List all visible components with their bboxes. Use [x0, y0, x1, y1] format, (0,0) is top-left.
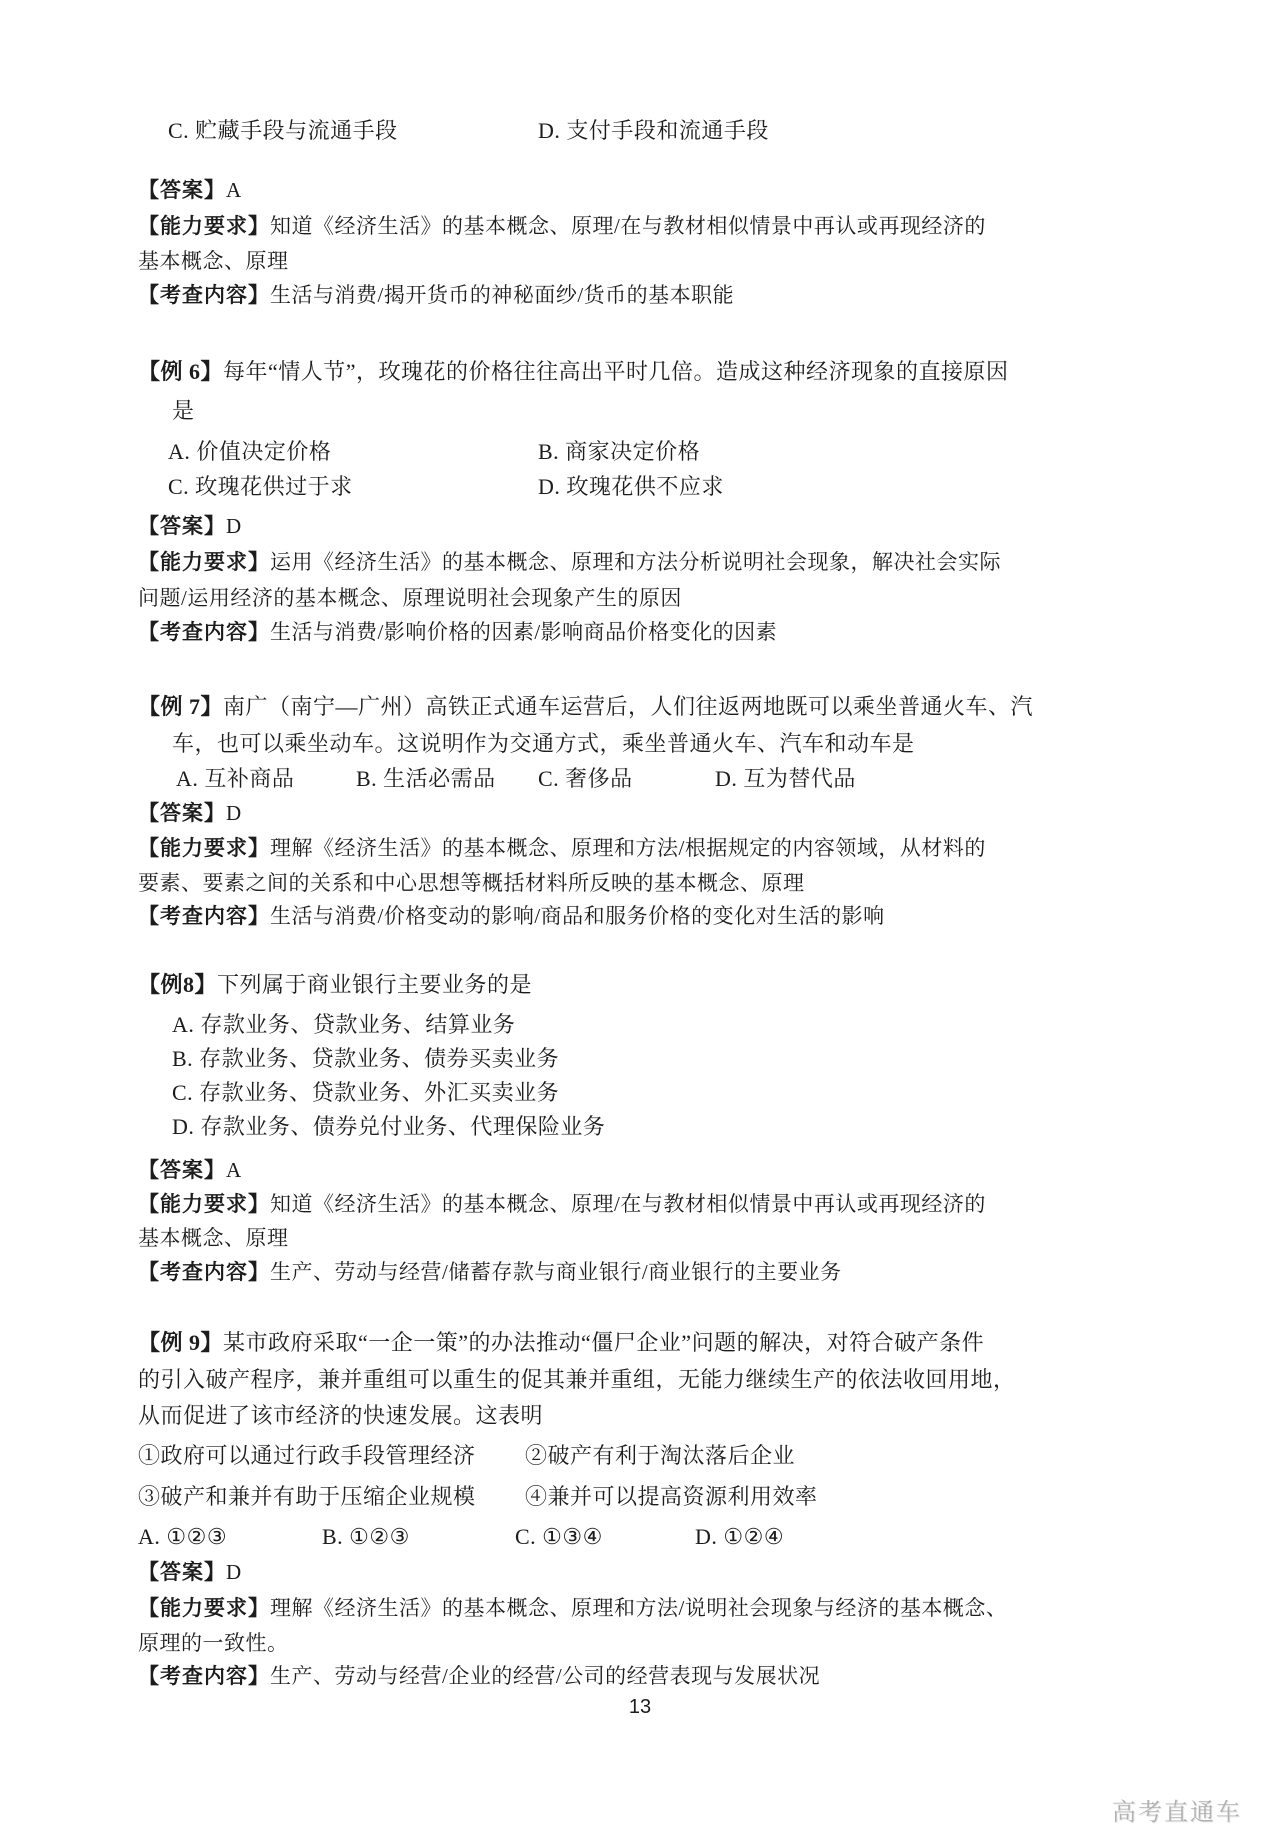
q8-option-b: B. 存款业务、贷款业务、债券买卖业务	[172, 1044, 559, 1074]
q8-option-a-text: A. 存款业务、贷款业务、结算业务	[172, 1012, 515, 1037]
q9-stem-line-3: 从而促进了该市经济的快速发展。这表明	[138, 1401, 543, 1431]
q9-content-line: 【考查内容】生产、劳动与经营/企业的经营/公司的经营表现与发展状况	[138, 1662, 820, 1690]
q5-ability-text-1: 知道《经济生活》的基本概念、原理/在与教材相似情景中再认或再现经济的	[270, 214, 986, 238]
q7-answer-line: 【答案】D	[138, 799, 242, 827]
q7-ability-text-1: 理解《经济生活》的基本概念、原理和方法/根据规定的内容领域，从材料的	[270, 836, 986, 860]
q9-ability-text-2: 原理的一致性。	[138, 1631, 289, 1655]
q9-stem-text-2: 的引入破产程序，兼并重组可以重生的促其兼并重组，无能力继续生产的依法收回用地，	[138, 1367, 1016, 1392]
q8-ability-text-2: 基本概念、原理	[138, 1226, 289, 1250]
q8-content-text: 生产、劳动与经营/储蓄存款与商业银行/商业银行的主要业务	[270, 1260, 842, 1284]
q6-content-line: 【考查内容】生活与消费/影响价格的因素/影响商品价格变化的因素	[138, 618, 777, 646]
q7-option-b-text: B. 生活必需品	[356, 766, 496, 791]
answer-label: 【答案】	[138, 1560, 226, 1584]
q8-option-d: D. 存款业务、债券兑付业务、代理保险业务	[172, 1112, 605, 1142]
q7-ability-line-2: 要素、要素之间的关系和中心思想等概括材料所反映的基本概念、原理	[138, 869, 805, 897]
q9-option-d: D. ①②④	[695, 1522, 784, 1552]
q5-content-line: 【考查内容】生活与消费/揭开货币的神秘面纱/货币的基本职能	[138, 281, 734, 309]
q9-stem-line-1: 【例 9】某市政府采取“一企一策”的办法推动“僵尸企业”问题的解决，对符合破产条…	[138, 1328, 984, 1358]
answer-label: 【答案】	[138, 178, 226, 202]
q9-ability-text-1: 理解《经济生活》的基本概念、原理和方法/说明社会现象与经济的基本概念、	[270, 1596, 1007, 1620]
q8-content-line: 【考查内容】生产、劳动与经营/储蓄存款与商业银行/商业银行的主要业务	[138, 1258, 842, 1286]
q7-option-a-text: A. 互补商品	[176, 766, 294, 791]
q7-ability-line-1: 【能力要求】理解《经济生活》的基本概念、原理和方法/根据规定的内容领域，从材料的	[138, 834, 986, 862]
q6-option-a: A. 价值决定价格	[168, 437, 331, 467]
q5-content-text: 生活与消费/揭开货币的神秘面纱/货币的基本职能	[270, 283, 734, 307]
q9-stem-text-1: 某市政府采取“一企一策”的办法推动“僵尸企业”问题的解决，对符合破产条件	[223, 1330, 984, 1355]
q9-ability-line-2: 原理的一致性。	[138, 1629, 289, 1657]
q5-ability-line-2: 基本概念、原理	[138, 247, 289, 275]
q8-option-d-text: D. 存款业务、债券兑付业务、代理保险业务	[172, 1114, 605, 1139]
answer-label: 【答案】	[138, 514, 226, 538]
q8-answer-value: A	[226, 1158, 242, 1182]
ability-label: 【能力要求】	[138, 836, 270, 860]
q6-stem-line-2: 是	[172, 396, 195, 426]
q8-ability-line-1: 【能力要求】知道《经济生活》的基本概念、原理/在与教材相似情景中再认或再现经济的	[138, 1190, 986, 1218]
q5-answer-line: 【答案】A	[138, 176, 242, 204]
q7-option-b: B. 生活必需品	[356, 764, 496, 794]
q9-statement-2: ②破产有利于淘汰落后企业	[525, 1441, 795, 1471]
q8-option-b-text: B. 存款业务、贷款业务、债券买卖业务	[172, 1046, 559, 1071]
content-label: 【考查内容】	[138, 1260, 270, 1284]
q8-ability-text-1: 知道《经济生活》的基本概念、原理/在与教材相似情景中再认或再现经济的	[270, 1192, 986, 1216]
watermark: 高考直通车	[1112, 1792, 1242, 1827]
ability-label: 【能力要求】	[138, 1596, 270, 1620]
q7-stem-text-1: 南广（南宁—广州）高铁正式通车运营后，人们往返两地既可以乘坐普通火车、汽	[223, 694, 1033, 719]
q9-content-text: 生产、劳动与经营/企业的经营/公司的经营表现与发展状况	[270, 1664, 820, 1688]
q9-option-d-text: D. ①②④	[695, 1524, 784, 1549]
q6-ability-line-2: 问题/运用经济的基本概念、原理说明社会现象产生的原因	[138, 584, 682, 612]
q6-answer-line: 【答案】D	[138, 512, 242, 540]
q7-option-a: A. 互补商品	[176, 764, 294, 794]
q6-stem-line-1: 【例 6】每年“情人节”，玫瑰花的价格往往高出平时几倍。造成这种经济现象的直接原…	[138, 357, 1009, 387]
q6-content-text: 生活与消费/影响价格的因素/影响商品价格变化的因素	[270, 620, 777, 644]
q7-example-tag: 【例 7】	[138, 694, 223, 719]
q6-ability-text-1: 运用《经济生活》的基本概念、原理和方法分析说明社会现象，解决社会实际	[270, 550, 1001, 574]
q6-option-a-text: A. 价值决定价格	[168, 439, 331, 464]
q8-option-a: A. 存款业务、贷款业务、结算业务	[172, 1010, 515, 1040]
page-number: 13	[0, 1696, 1280, 1719]
q6-option-b-text: B. 商家决定价格	[538, 439, 700, 464]
q9-statement-3-text: ③破产和兼并有助于压缩企业规模	[138, 1484, 476, 1509]
q9-answer-line: 【答案】D	[138, 1558, 242, 1586]
q8-option-c-text: C. 存款业务、贷款业务、外汇买卖业务	[172, 1080, 559, 1105]
ability-label: 【能力要求】	[138, 550, 270, 574]
q6-answer-value: D	[226, 514, 242, 538]
q8-example-tag: 【例8】	[138, 972, 217, 997]
q6-ability-text-2: 问题/运用经济的基本概念、原理说明社会现象产生的原因	[138, 586, 682, 610]
q5-option-c: C. 贮藏手段与流通手段	[168, 116, 398, 146]
q9-stem-line-2: 的引入破产程序，兼并重组可以重生的促其兼并重组，无能力继续生产的依法收回用地，	[138, 1365, 1016, 1395]
q9-option-a: A. ①②③	[138, 1522, 227, 1552]
q9-statement-4-text: ④兼并可以提高资源利用效率	[525, 1484, 818, 1509]
q6-option-c: C. 玫瑰花供过于求	[168, 472, 353, 502]
q9-statement-4: ④兼并可以提高资源利用效率	[525, 1482, 818, 1512]
ability-label: 【能力要求】	[138, 1192, 270, 1216]
q9-stem-text-3: 从而促进了该市经济的快速发展。这表明	[138, 1403, 543, 1428]
q5-answer-value: A	[226, 178, 242, 202]
q7-option-d-text: D. 互为替代品	[715, 766, 856, 791]
q9-option-b: B. ①②③	[322, 1522, 410, 1552]
q6-stem-text-1: 每年“情人节”，玫瑰花的价格往往高出平时几倍。造成这种经济现象的直接原因	[223, 359, 1009, 384]
answer-label: 【答案】	[138, 801, 226, 825]
q8-stem-text-1: 下列属于商业银行主要业务的是	[217, 972, 532, 997]
q7-content-line: 【考查内容】生活与消费/价格变动的影响/商品和服务价格的变化对生活的影响	[138, 902, 885, 930]
content-label: 【考查内容】	[138, 904, 270, 928]
answer-label: 【答案】	[138, 1158, 226, 1182]
q7-stem-text-2: 车，也可以乘坐动车。这说明作为交通方式，乘坐普通火车、汽车和动车是	[172, 731, 915, 756]
q7-answer-value: D	[226, 801, 242, 825]
q5-ability-text-2: 基本概念、原理	[138, 249, 289, 273]
q7-stem-line-1: 【例 7】南广（南宁—广州）高铁正式通车运营后，人们往返两地既可以乘坐普通火车、…	[138, 692, 1033, 722]
q9-option-c: C. ①③④	[515, 1522, 603, 1552]
ability-label: 【能力要求】	[138, 214, 270, 238]
q9-option-a-text: A. ①②③	[138, 1524, 227, 1549]
q9-statement-3: ③破产和兼并有助于压缩企业规模	[138, 1482, 476, 1512]
q8-answer-line: 【答案】A	[138, 1156, 242, 1184]
q9-answer-value: D	[226, 1560, 242, 1584]
q9-ability-line-1: 【能力要求】理解《经济生活》的基本概念、原理和方法/说明社会现象与经济的基本概念…	[138, 1594, 1007, 1622]
content-label: 【考查内容】	[138, 620, 270, 644]
q5-option-c-text: C. 贮藏手段与流通手段	[168, 118, 398, 143]
document-page: C. 贮藏手段与流通手段 D. 支付手段和流通手段 【答案】A 【能力要求】知道…	[0, 0, 1280, 1844]
q9-option-c-text: C. ①③④	[515, 1524, 603, 1549]
content-label: 【考查内容】	[138, 283, 270, 307]
q9-statement-2-text: ②破产有利于淘汰落后企业	[525, 1443, 795, 1468]
q7-option-c: C. 奢侈品	[538, 764, 633, 794]
content-label: 【考查内容】	[138, 1664, 270, 1688]
q6-ability-line-1: 【能力要求】运用《经济生活》的基本概念、原理和方法分析说明社会现象，解决社会实际	[138, 548, 1001, 576]
q6-example-tag: 【例 6】	[138, 359, 223, 384]
q9-statement-1: ①政府可以通过行政手段管理经济	[138, 1441, 476, 1471]
q9-example-tag: 【例 9】	[138, 1330, 223, 1355]
q5-option-d: D. 支付手段和流通手段	[538, 116, 769, 146]
q9-statement-1-text: ①政府可以通过行政手段管理经济	[138, 1443, 476, 1468]
q6-option-d: D. 玫瑰花供不应求	[538, 472, 724, 502]
q9-option-b-text: B. ①②③	[322, 1524, 410, 1549]
q5-option-d-text: D. 支付手段和流通手段	[538, 118, 769, 143]
q7-stem-line-2: 车，也可以乘坐动车。这说明作为交通方式，乘坐普通火车、汽车和动车是	[172, 729, 915, 759]
q7-content-text: 生活与消费/价格变动的影响/商品和服务价格的变化对生活的影响	[270, 904, 885, 928]
q6-option-c-text: C. 玫瑰花供过于求	[168, 474, 353, 499]
q7-option-c-text: C. 奢侈品	[538, 766, 633, 791]
q6-stem-text-2: 是	[172, 398, 195, 423]
q7-option-d: D. 互为替代品	[715, 764, 856, 794]
q6-option-d-text: D. 玫瑰花供不应求	[538, 474, 724, 499]
q8-ability-line-2: 基本概念、原理	[138, 1224, 289, 1252]
q7-ability-text-2: 要素、要素之间的关系和中心思想等概括材料所反映的基本概念、原理	[138, 871, 805, 895]
q5-ability-line-1: 【能力要求】知道《经济生活》的基本概念、原理/在与教材相似情景中再认或再现经济的	[138, 212, 986, 240]
q6-option-b: B. 商家决定价格	[538, 437, 700, 467]
q8-stem-line-1: 【例8】下列属于商业银行主要业务的是	[138, 970, 532, 1000]
q8-option-c: C. 存款业务、贷款业务、外汇买卖业务	[172, 1078, 559, 1108]
